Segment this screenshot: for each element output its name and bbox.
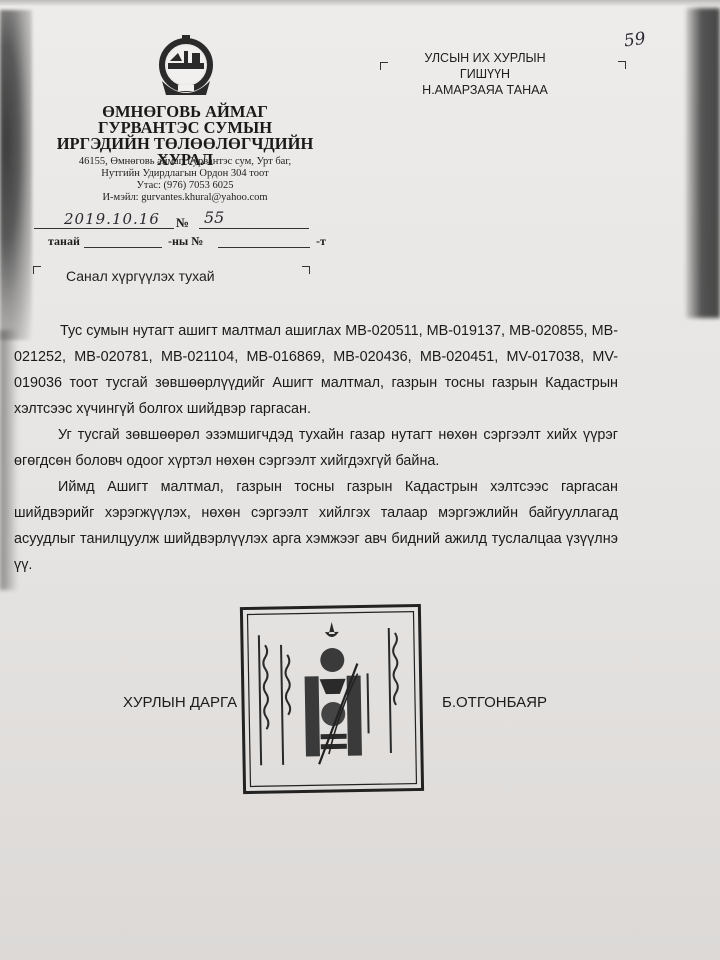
reference-suffix: -т — [316, 234, 326, 249]
number-underline — [199, 228, 309, 229]
letter-body: Тус сумын нутагт ашигт малтмал ашиглах M… — [14, 318, 618, 578]
reference-blank-1 — [84, 247, 162, 248]
signatory-name: Б.ОТГОНБАЯР — [442, 694, 547, 711]
date-underline — [34, 228, 174, 229]
letter-date: 2019.10.16 — [64, 210, 160, 228]
scan-shadow-right — [686, 8, 720, 318]
official-seal-icon — [238, 602, 427, 797]
subject-corner-left — [33, 266, 41, 274]
addressee-line-1: УЛСЫН ИХ ХУРЛЫН ГИШҮҮН — [400, 50, 570, 82]
addressee-corner-left — [380, 62, 388, 70]
paragraph-2: Уг тусгай зөвшөөрөл эзэмшигчдэд тухайн г… — [14, 422, 618, 474]
number-label: № — [176, 215, 189, 231]
address-line-1: 46155, Өмнөговь аймаг, Гурвантэс сум, Ур… — [40, 156, 330, 168]
organization-contact: 46155, Өмнөговь аймаг, Гурвантэс сум, Ур… — [40, 156, 330, 204]
date-number-row: 2019.10.16 № 55 — [34, 210, 314, 230]
email: И-мэйл: gurvantes.khural@yahoo.com — [40, 192, 330, 204]
scan-shadow-left — [0, 10, 32, 340]
reference-middle: -ны № — [168, 234, 203, 249]
reference-prefix: танай — [48, 234, 80, 249]
reference-blank-2 — [218, 247, 310, 248]
addressee-line-2: Н.АМАРЗАЯА ТАНАА — [400, 82, 570, 98]
addressee-corner-right — [618, 61, 626, 69]
page-top-edge — [0, 0, 720, 6]
phone: Утас: (976) 7053 6025 — [40, 180, 330, 192]
address-line-2: Нутгийн Удирдлагын Ордон 304 тоот — [40, 168, 330, 180]
document-page: ӨМНӨГОВЬ АЙМАГ ГУРВАНТЭС СУМЫН ИРГЭДИЙН … — [0, 0, 720, 960]
signatory-title: ХУРЛЫН ДАРГА — [123, 694, 237, 711]
subject-corner-right — [302, 266, 310, 274]
addressee: УЛСЫН ИХ ХУРЛЫН ГИШҮҮН Н.АМАРЗАЯА ТАНАА — [400, 50, 570, 98]
reference-row: танай -ны № -т — [48, 234, 338, 252]
paragraph-1: Тус сумын нутагт ашигт малтмал ашиглах M… — [14, 318, 618, 422]
paragraph-3: Иймд Ашигт малтмал, газрын тосны газрын … — [14, 474, 618, 578]
letter-number: 55 — [204, 208, 224, 227]
letter-subject: Санал хүргүүлэх тухай — [66, 268, 215, 284]
state-emblem-icon — [156, 35, 216, 103]
handwritten-page-number: 59 — [623, 29, 647, 52]
